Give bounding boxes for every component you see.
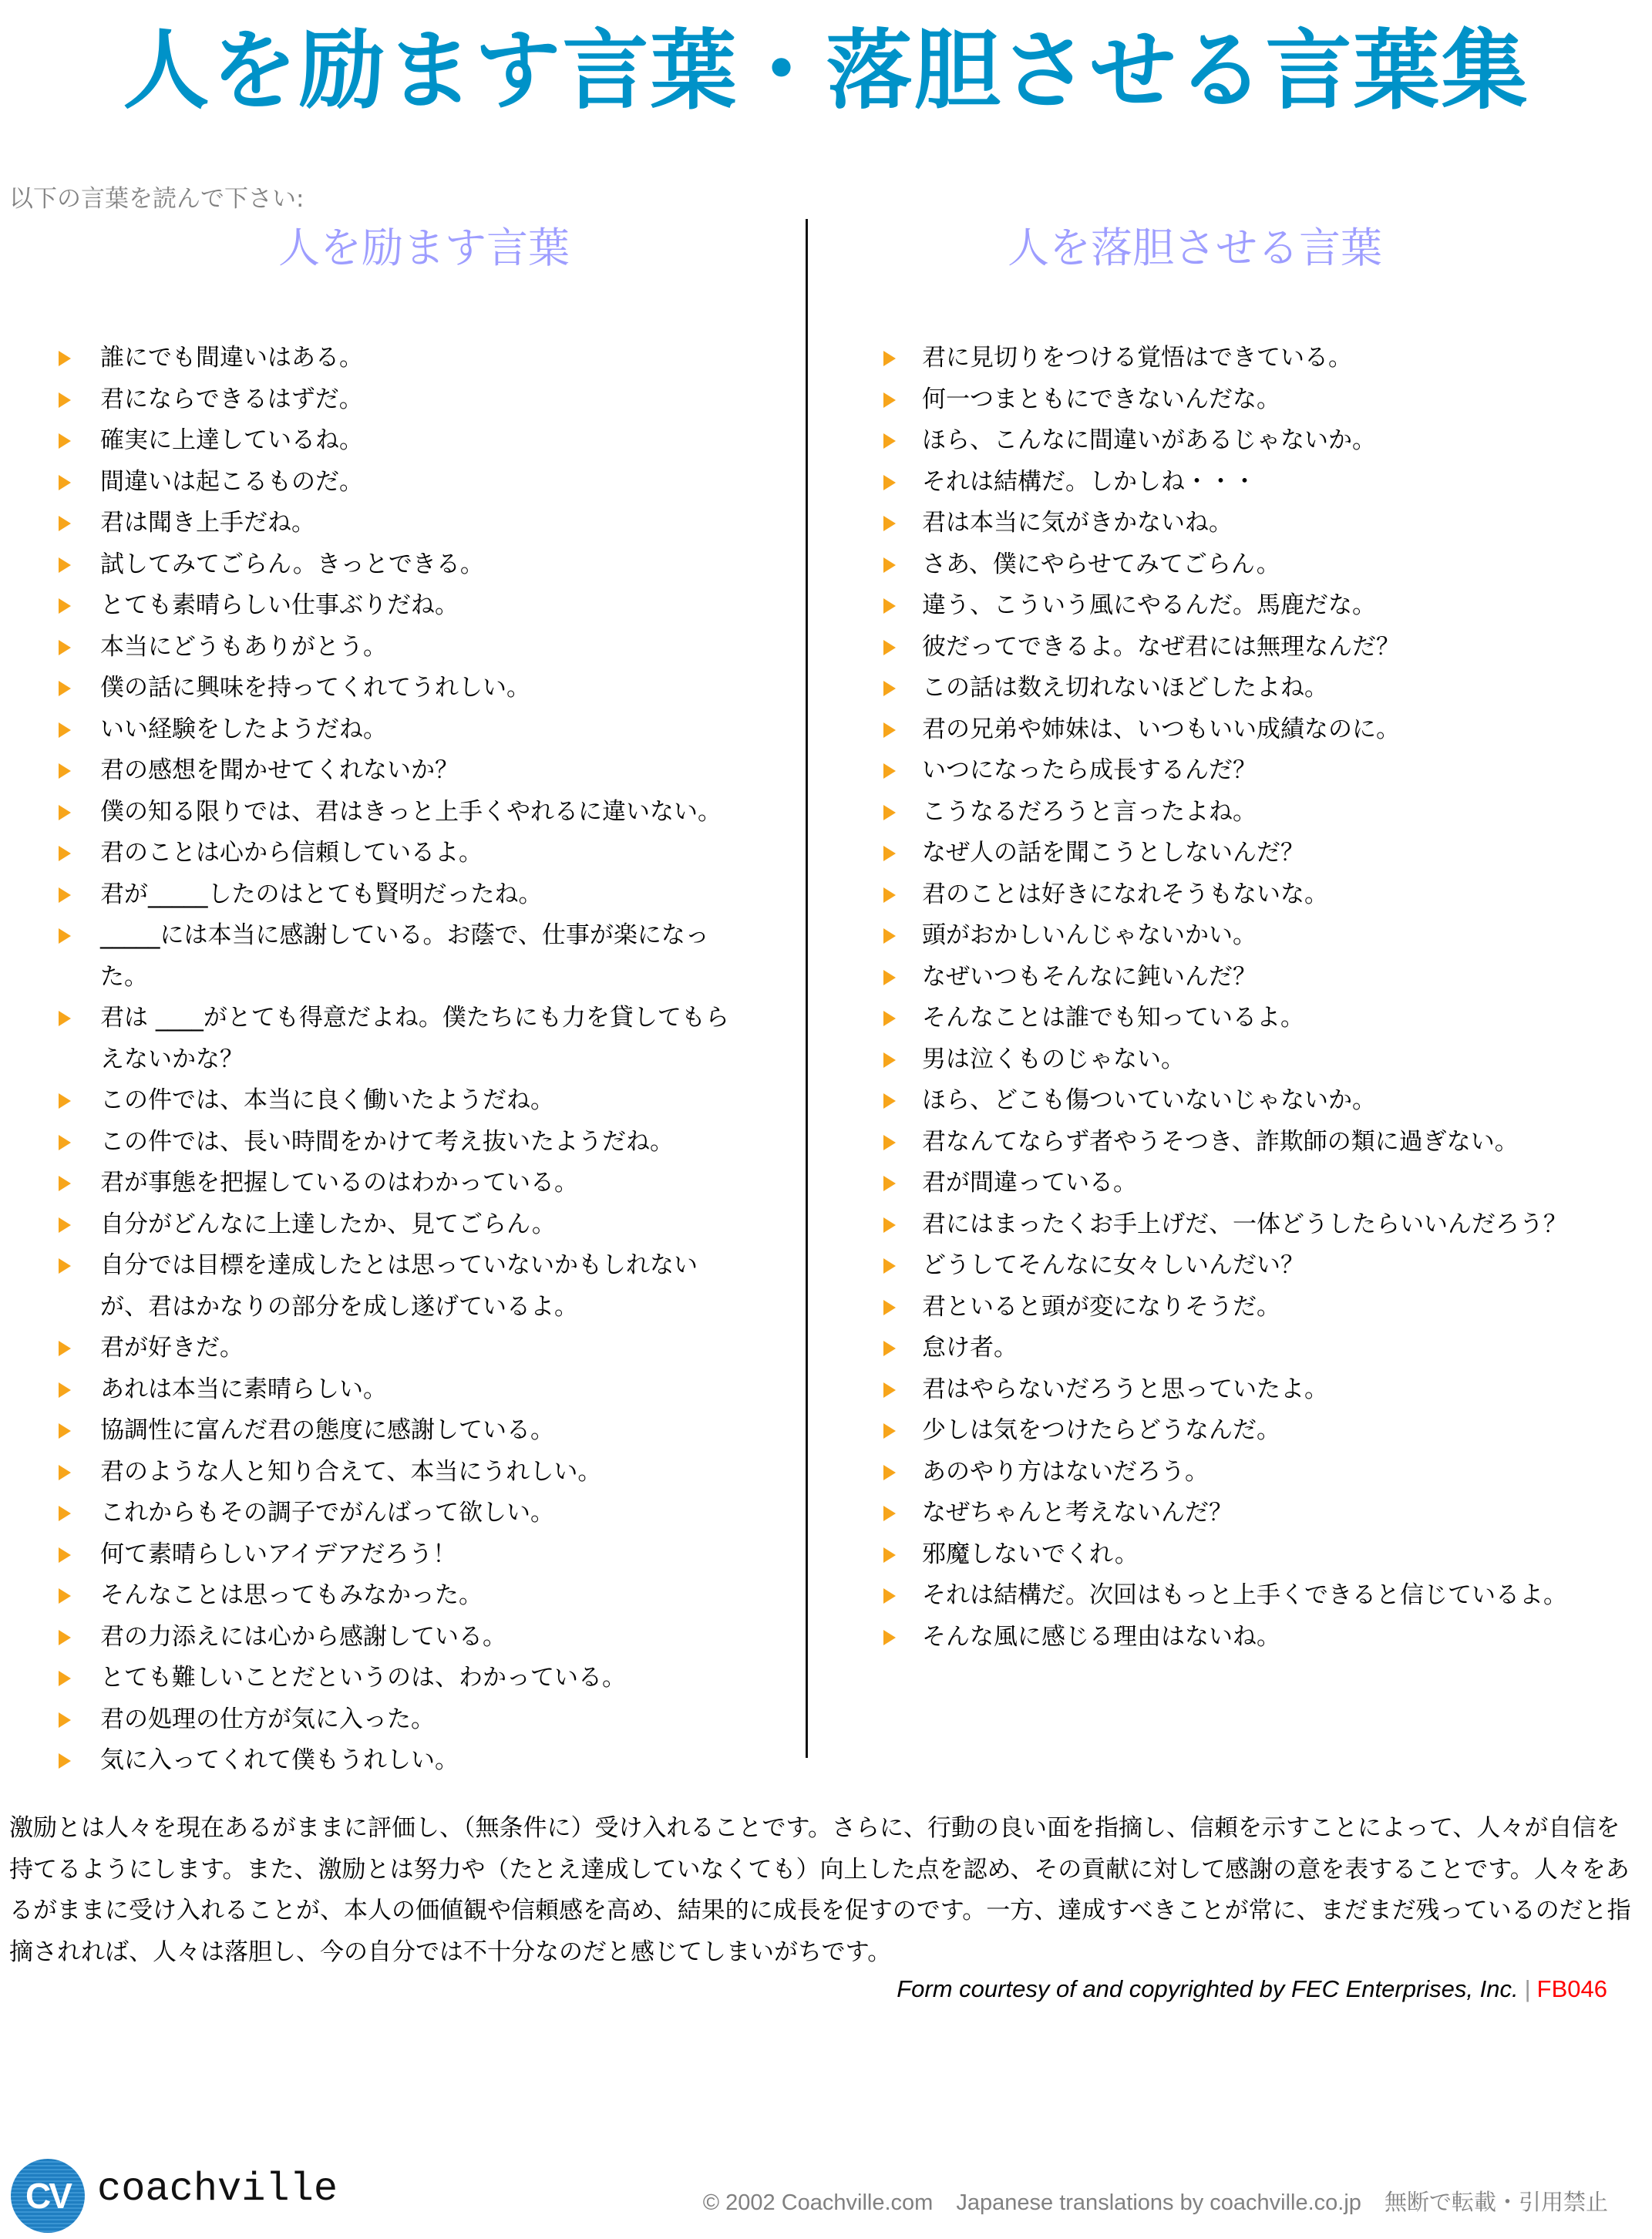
list-item-text: 君の感想を聞かせてくれないか？ <box>100 750 740 792</box>
triangle-bullet-icon <box>883 763 896 779</box>
list-item-text: 彼だってできるよ。なぜ君には無理なんだ？ <box>922 633 1400 661</box>
credit-separator: | <box>1525 1975 1531 2002</box>
list-item-text: この話は数え切れないほどしたよね。 <box>922 674 1328 702</box>
triangle-bullet-icon <box>883 887 896 903</box>
triangle-bullet-icon <box>59 805 71 820</box>
list-item: そんなことは思ってもみなかった。 <box>54 1575 748 1617</box>
list-item-text: 君のような人と知り合えて、本当にうれしい。 <box>100 1452 740 1493</box>
list-item: 少しは気をつけたらどうなんだ。 <box>879 1410 1619 1452</box>
triangle-bullet-icon <box>59 598 71 614</box>
list-item-text: 君は本当に気がきかないね。 <box>922 509 1233 537</box>
triangle-bullet-icon <box>59 928 71 944</box>
list-item: 彼だってできるよ。なぜ君には無理なんだ？ <box>879 627 1619 668</box>
coachville-logo: CV coachville <box>11 2159 338 2233</box>
copyright-text: © 2002 Coachville.com <box>703 2190 934 2215</box>
triangle-bullet-icon <box>59 392 71 408</box>
list-item-text: なぜちゃんと考えないんだ？ <box>922 1499 1233 1527</box>
list-item-text: いつになったら成長するんだ？ <box>922 756 1257 784</box>
triangle-bullet-icon <box>883 681 896 696</box>
triangle-bullet-icon <box>883 557 896 573</box>
triangle-bullet-icon <box>59 722 71 738</box>
list-item: いつになったら成長するんだ？ <box>879 750 1619 792</box>
triangle-bullet-icon <box>59 1630 71 1645</box>
list-item: 確実に上達しているね。 <box>54 420 748 462</box>
list-item: そんなことは誰でも知っているよ。 <box>879 998 1619 1039</box>
list-item-text: 僕の話に興味を持ってくれてうれしい。 <box>100 668 740 709</box>
triangle-bullet-icon <box>883 1465 896 1480</box>
list-item: あのやり方はないだろう。 <box>879 1452 1619 1493</box>
list-item-text: 君なんてならず者やうそつき、詐欺師の類に過ぎない。 <box>922 1128 1519 1156</box>
footer-copyright: © 2002 Coachville.com Japanese translati… <box>703 2185 1608 2217</box>
list-item-text: 君が_____したのはとても賢明だったね。 <box>100 874 740 916</box>
list-item: 自分がどんなに上達したか、見てごらん。 <box>54 1204 748 1246</box>
list-item: いい経験をしたようだね。 <box>54 709 748 751</box>
list-item-text: あれは本当に素晴らしい。 <box>100 1369 740 1411</box>
triangle-bullet-icon <box>883 805 896 820</box>
translation-credit: Japanese translations by coachville.co.j… <box>956 2190 1361 2215</box>
list-item-text: 本当にどうもありがとう。 <box>100 627 740 668</box>
list-item: 試してみてごらん。きっとできる。 <box>54 544 748 586</box>
list-item: 君は聞き上手だね。 <box>54 503 748 544</box>
triangle-bullet-icon <box>59 557 71 573</box>
discouraging-list: 君に見切りをつける覚悟はできている。何一つまともにできないんだな。ほら、こんなに… <box>879 338 1619 1658</box>
list-item-text: なぜ人の話を聞こうとしないんだ？ <box>922 839 1304 867</box>
list-item: 何て素晴らしいアイデアだろう！ <box>54 1534 748 1576</box>
triangle-bullet-icon <box>883 1423 896 1439</box>
triangle-bullet-icon <box>59 351 71 366</box>
list-item: あれは本当に素晴らしい。 <box>54 1369 748 1411</box>
reprint-notice: 無断で転載・引用禁止 <box>1385 2190 1608 2215</box>
encouraging-heading: 人を励ます言葉 <box>185 221 663 276</box>
list-item-text: ほら、どこも傷ついていないじゃないか。 <box>922 1086 1376 1114</box>
list-item-text: 頭がおかしいんじゃないかい。 <box>922 921 1257 949</box>
list-item-text: 君の兄弟や姉妹は、いつもいい成績なのに。 <box>922 715 1400 743</box>
triangle-bullet-icon <box>59 475 71 490</box>
list-item-text: とても難しいことだというのは、わかっている。 <box>100 1658 740 1699</box>
list-item: なぜいつもそんなに鈍いんだ？ <box>879 957 1619 998</box>
list-item: そんな風に感じる理由はないね。 <box>879 1617 1619 1658</box>
list-item: _____には本当に感謝している。お蔭で、仕事が楽になった。 <box>54 915 748 998</box>
list-item-text: 男は泣くものじゃない。 <box>922 1045 1185 1073</box>
list-item-text: 少しは気をつけたらどうなんだ。 <box>922 1416 1280 1444</box>
triangle-bullet-icon <box>59 846 71 861</box>
list-item: 君の力添えには心から感謝している。 <box>54 1617 748 1658</box>
list-item-text: 君といると頭が変になりそうだ。 <box>922 1293 1280 1321</box>
triangle-bullet-icon <box>59 1217 71 1233</box>
list-item-text: 何て素晴らしいアイデアだろう！ <box>100 1534 740 1576</box>
triangle-bullet-icon <box>883 1052 896 1068</box>
triangle-bullet-icon <box>883 475 896 490</box>
list-item: それは結構だ。次回はもっと上手くできると信じているよ。 <box>879 1575 1619 1617</box>
list-item-text: 試してみてごらん。きっとできる。 <box>100 544 740 586</box>
list-item-text: 誰にでも間違いはある。 <box>100 338 740 379</box>
list-item: 君が間違っている。 <box>879 1163 1619 1204</box>
list-item-text: 自分がどんなに上達したか、見てごらん。 <box>100 1204 740 1246</box>
triangle-bullet-icon <box>883 598 896 614</box>
list-item-text: そんな風に感じる理由はないね。 <box>922 1623 1280 1651</box>
triangle-bullet-icon <box>59 1382 71 1398</box>
list-item: 本当にどうもありがとう。 <box>54 627 748 668</box>
triangle-bullet-icon <box>59 1671 71 1686</box>
triangle-bullet-icon <box>883 1217 896 1233</box>
list-item-text: これからもその調子でがんばって欲しい。 <box>100 1493 740 1534</box>
list-item: さあ、僕にやらせてみてごらん。 <box>879 544 1619 586</box>
triangle-bullet-icon <box>883 1382 896 1398</box>
list-item: 君は ____がとても得意だよね。僕たちにも力を貸してもらえないかな？ <box>54 998 748 1080</box>
list-item-text: 自分では目標を達成したとは思っていないかもしれないが、君はかなりの部分を成し遂げ… <box>100 1245 740 1328</box>
list-item: 君が事態を把握しているのはわかっている。 <box>54 1163 748 1204</box>
discouraging-heading: 人を落胆させる言葉 <box>956 221 1434 276</box>
triangle-bullet-icon <box>883 1258 896 1274</box>
list-item-text: 気に入ってくれて僕もうれしい。 <box>100 1740 740 1782</box>
triangle-bullet-icon <box>883 1630 896 1645</box>
list-item-text: 怠け者。 <box>922 1334 1018 1362</box>
list-item: 協調性に富んだ君の態度に感謝している。 <box>54 1410 748 1452</box>
list-item-text: 君が事態を把握しているのはわかっている。 <box>100 1163 740 1204</box>
triangle-bullet-icon <box>59 1093 71 1109</box>
triangle-bullet-icon <box>59 1465 71 1480</box>
list-item-text: この件では、本当に良く働いたようだね。 <box>100 1080 740 1122</box>
list-item: 君にはまったくお手上げだ、一体どうしたらいいんだろう？ <box>879 1204 1619 1246</box>
credit-text: Form courtesy of and copyrighted by FEC … <box>897 1975 1518 2002</box>
list-item: 気に入ってくれて僕もうれしい。 <box>54 1740 748 1782</box>
list-item-text: 違う、こういう風にやるんだ。馬鹿だな。 <box>922 591 1376 619</box>
list-item: 何一つまともにできないんだな。 <box>879 379 1619 421</box>
summary-paragraph: 激励とは人々を現在あるがままに評価し、（無条件に）受け入れることです。さらに、行… <box>9 1808 1636 1973</box>
list-item: 誰にでも間違いはある。 <box>54 338 748 379</box>
list-item-text: 君の力添えには心から感謝している。 <box>100 1617 740 1658</box>
triangle-bullet-icon <box>59 1753 71 1769</box>
triangle-bullet-icon <box>59 640 71 655</box>
list-item: 君に見切りをつける覚悟はできている。 <box>879 338 1619 379</box>
list-item: これからもその調子でがんばって欲しい。 <box>54 1493 748 1534</box>
page-title: 人を励ます言葉・落胆させる言葉集 <box>0 17 1652 125</box>
triangle-bullet-icon <box>59 1506 71 1521</box>
list-item-text: それは結構だ。しかしね・・・ <box>922 468 1257 496</box>
triangle-bullet-icon <box>59 1547 71 1563</box>
list-item-text: 君はやらないだろうと思っていたよ。 <box>922 1375 1328 1403</box>
list-item: 僕の話に興味を持ってくれてうれしい。 <box>54 668 748 709</box>
list-item: 君が好きだ。 <box>54 1328 748 1369</box>
list-item-text: あのやり方はないだろう。 <box>922 1458 1209 1486</box>
list-item: この件では、本当に良く働いたようだね。 <box>54 1080 748 1122</box>
instruction-text: 以下の言葉を読んで下さい: <box>9 182 304 216</box>
list-item-text: この件では、長い時間をかけて考え抜いたようだね。 <box>100 1122 740 1163</box>
list-item: 君の感想を聞かせてくれないか？ <box>54 750 748 792</box>
triangle-bullet-icon <box>59 1423 71 1439</box>
triangle-bullet-icon <box>883 351 896 366</box>
list-item: とても難しいことだというのは、わかっている。 <box>54 1658 748 1699</box>
list-item-text: どうしてそんなに女々しいんだい？ <box>922 1251 1304 1279</box>
list-item: どうしてそんなに女々しいんだい？ <box>879 1245 1619 1287</box>
triangle-bullet-icon <box>883 640 896 655</box>
list-item: それは結構だ。しかしね・・・ <box>879 462 1619 503</box>
triangle-bullet-icon <box>883 516 896 531</box>
list-item-text: 僕の知る限りでは、君はきっと上手くやれるに違いない。 <box>100 792 740 833</box>
list-item-text: 君に見切りをつける覚悟はできている。 <box>922 344 1352 372</box>
list-item: この件では、長い時間をかけて考え抜いたようだね。 <box>54 1122 748 1163</box>
list-item-text: 君のことは好きになれそうもないな。 <box>922 880 1328 908</box>
list-item-text: 確実に上達しているね。 <box>100 420 740 462</box>
triangle-bullet-icon <box>883 1135 896 1150</box>
list-item: 怠け者。 <box>879 1328 1619 1369</box>
logo-wordmark: coachville <box>97 2167 338 2212</box>
list-item-text: 君にはまったくお手上げだ、一体どうしたらいいんだろう？ <box>922 1210 1567 1238</box>
triangle-bullet-icon <box>59 1712 71 1728</box>
encouraging-list: 誰にでも間違いはある。君にならできるはずだ。確実に上達しているね。間違いは起こる… <box>54 338 748 1782</box>
list-item-text: ほら、こんなに間違いがあるじゃないか。 <box>922 426 1376 454</box>
list-item: 間違いは起こるものだ。 <box>54 462 748 503</box>
cv-logo-icon: CV <box>11 2159 85 2233</box>
triangle-bullet-icon <box>883 1093 896 1109</box>
list-item: 頭がおかしいんじゃないかい。 <box>879 915 1619 957</box>
list-item: 君のことは好きになれそうもないな。 <box>879 874 1619 916</box>
list-item-text: _____には本当に感謝している。お蔭で、仕事が楽になった。 <box>100 915 740 998</box>
list-item: 君の兄弟や姉妹は、いつもいい成績なのに。 <box>879 709 1619 751</box>
list-item: なぜ人の話を聞こうとしないんだ？ <box>879 833 1619 874</box>
list-item: ほら、どこも傷ついていないじゃないか。 <box>879 1080 1619 1122</box>
list-item-text: 協調性に富んだ君の態度に感謝している。 <box>100 1410 740 1452</box>
triangle-bullet-icon <box>59 1176 71 1191</box>
list-item-text: 君が間違っている。 <box>922 1169 1137 1197</box>
credit-line: Form courtesy of and copyrighted by FEC … <box>897 1974 1607 2005</box>
list-item-text: いい経験をしたようだね。 <box>100 709 740 751</box>
list-item: 僕の知る限りでは、君はきっと上手くやれるに違いない。 <box>54 792 748 833</box>
list-item: 君はやらないだろうと思っていたよ。 <box>879 1369 1619 1411</box>
list-item-text: 君は ____がとても得意だよね。僕たちにも力を貸してもらえないかな？ <box>100 998 740 1080</box>
triangle-bullet-icon <box>883 1506 896 1521</box>
triangle-bullet-icon <box>883 1176 896 1191</box>
triangle-bullet-icon <box>883 1341 896 1356</box>
list-item: 君の処理の仕方が気に入った。 <box>54 1699 748 1741</box>
list-item: ほら、こんなに間違いがあるじゃないか。 <box>879 420 1619 462</box>
triangle-bullet-icon <box>59 681 71 696</box>
triangle-bullet-icon <box>883 970 896 985</box>
list-item-text: 君にならできるはずだ。 <box>100 379 740 421</box>
list-item: 男は泣くものじゃない。 <box>879 1039 1619 1081</box>
list-item-text: 間違いは起こるものだ。 <box>100 462 740 503</box>
list-item: 違う、こういう風にやるんだ。馬鹿だな。 <box>879 585 1619 627</box>
triangle-bullet-icon <box>59 1588 71 1604</box>
list-item-text: とても素晴らしい仕事ぶりだね。 <box>100 585 740 627</box>
list-item: 君のことは心から信頼しているよ。 <box>54 833 748 874</box>
list-item-text: 邪魔しないでくれ。 <box>922 1540 1139 1568</box>
list-item-text: こうなるだろうと言ったよね。 <box>922 798 1257 826</box>
list-item-text: そんなことは思ってもみなかった。 <box>100 1575 740 1617</box>
list-item: 君のような人と知り合えて、本当にうれしい。 <box>54 1452 748 1493</box>
list-item: 君なんてならず者やうそつき、詐欺師の類に過ぎない。 <box>879 1122 1619 1163</box>
triangle-bullet-icon <box>883 433 896 449</box>
form-code: FB046 <box>1537 1975 1607 2002</box>
triangle-bullet-icon <box>59 1258 71 1274</box>
triangle-bullet-icon <box>883 846 896 861</box>
triangle-bullet-icon <box>59 763 71 779</box>
list-item-text: 何一つまともにできないんだな。 <box>922 386 1280 413</box>
triangle-bullet-icon <box>883 1588 896 1604</box>
triangle-bullet-icon <box>59 516 71 531</box>
list-item: 君といると頭が変になりそうだ。 <box>879 1287 1619 1328</box>
triangle-bullet-icon <box>59 1135 71 1150</box>
list-item-text: 君は聞き上手だね。 <box>100 503 740 544</box>
list-item: 邪魔しないでくれ。 <box>879 1534 1619 1576</box>
triangle-bullet-icon <box>59 433 71 449</box>
list-item: なぜちゃんと考えないんだ？ <box>879 1493 1619 1534</box>
list-item: 君は本当に気がきかないね。 <box>879 503 1619 544</box>
list-item: こうなるだろうと言ったよね。 <box>879 792 1619 833</box>
list-item: とても素晴らしい仕事ぶりだね。 <box>54 585 748 627</box>
list-item-text: それは結構だ。次回はもっと上手くできると信じているよ。 <box>922 1581 1567 1609</box>
list-item-text: 君の処理の仕方が気に入った。 <box>100 1699 740 1741</box>
triangle-bullet-icon <box>883 1547 896 1563</box>
triangle-bullet-icon <box>883 392 896 408</box>
list-item-text: さあ、僕にやらせてみてごらん。 <box>922 550 1280 578</box>
column-divider <box>806 219 808 1758</box>
triangle-bullet-icon <box>883 1300 896 1315</box>
triangle-bullet-icon <box>59 887 71 903</box>
list-item: 自分では目標を達成したとは思っていないかもしれないが、君はかなりの部分を成し遂げ… <box>54 1245 748 1328</box>
triangle-bullet-icon <box>883 928 896 944</box>
list-item-text: なぜいつもそんなに鈍いんだ？ <box>922 963 1257 991</box>
list-item-text: そんなことは誰でも知っているよ。 <box>922 1004 1304 1032</box>
triangle-bullet-icon <box>59 1341 71 1356</box>
triangle-bullet-icon <box>883 722 896 738</box>
list-item-text: 君が好きだ。 <box>100 1328 740 1369</box>
list-item-text: 君のことは心から信頼しているよ。 <box>100 833 740 874</box>
triangle-bullet-icon <box>883 1011 896 1026</box>
list-item: 君にならできるはずだ。 <box>54 379 748 421</box>
list-item: 君が_____したのはとても賢明だったね。 <box>54 874 748 916</box>
list-item: この話は数え切れないほどしたよね。 <box>879 668 1619 709</box>
triangle-bullet-icon <box>59 1011 71 1026</box>
